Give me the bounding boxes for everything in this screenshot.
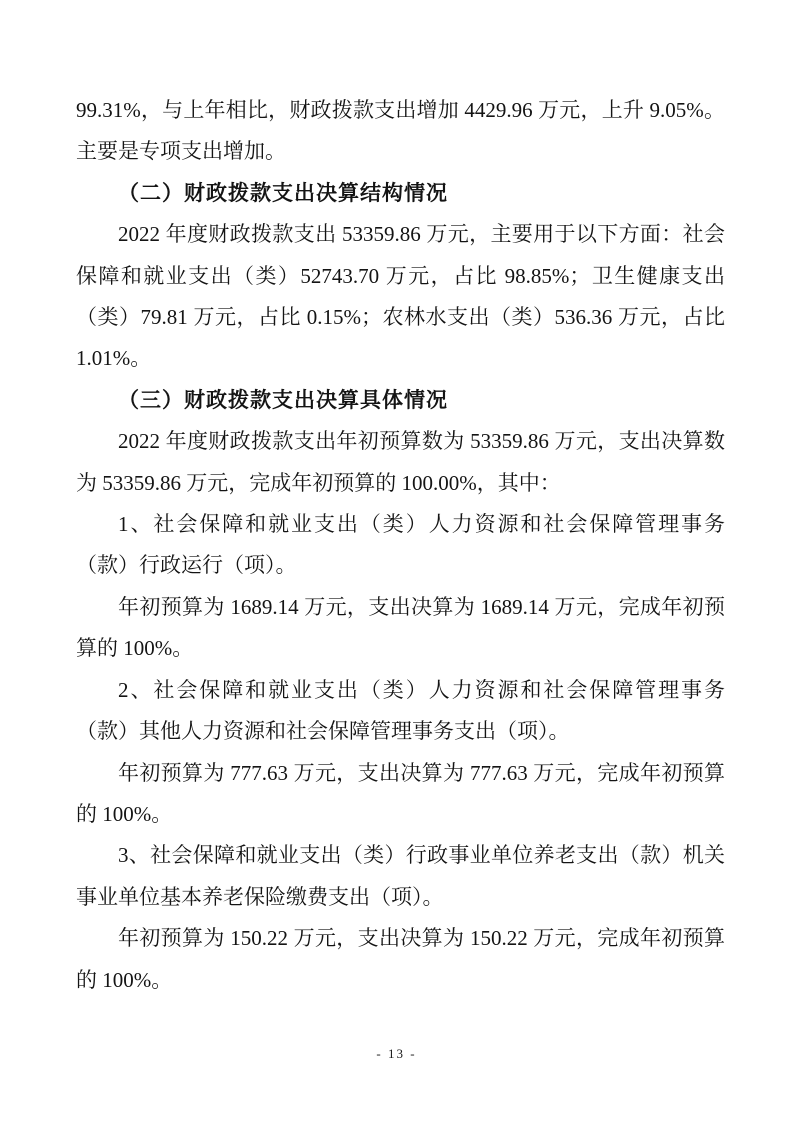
item-1-budget-paragraph: 年初预算为 1689.14 万元，支出决算为 1689.14 万元，完成年初预算… <box>76 587 725 670</box>
item-1-title-paragraph: 1、社会保障和就业支出（类）人力资源和社会保障管理事务（款）行政运行（项）。 <box>76 504 725 587</box>
item-3-budget-paragraph: 年初预算为 150.22 万元，支出决算为 150.22 万元，完成年初预算的 … <box>76 918 725 1001</box>
structure-detail-paragraph: 2022 年度财政拨款支出 53359.86 万元，主要用于以下方面：社会保障和… <box>76 214 725 380</box>
document-body: 99.31%，与上年相比，财政拨款支出增加 4429.96 万元，上升 9.05… <box>76 90 725 1001</box>
specific-overview-paragraph: 2022 年度财政拨款支出年初预算数为 53359.86 万元，支出决算数为 5… <box>76 421 725 504</box>
page-number: - 13 - <box>376 1046 416 1061</box>
page-footer: - 13 - <box>0 1047 793 1060</box>
item-3-title-paragraph: 3、社会保障和就业支出（类）行政事业单位养老支出（款）机关事业单位基本养老保险缴… <box>76 835 725 918</box>
document-page: 99.31%，与上年相比，财政拨款支出增加 4429.96 万元，上升 9.05… <box>0 0 793 1122</box>
continuation-paragraph: 99.31%，与上年相比，财政拨款支出增加 4429.96 万元，上升 9.05… <box>76 90 725 173</box>
section-heading-structure: （二）财政拨款支出决算结构情况 <box>76 173 725 214</box>
item-2-budget-paragraph: 年初预算为 777.63 万元，支出决算为 777.63 万元，完成年初预算的 … <box>76 753 725 836</box>
section-heading-specific: （三）财政拨款支出决算具体情况 <box>76 380 725 421</box>
item-2-title-paragraph: 2、社会保障和就业支出（类）人力资源和社会保障管理事务（款）其他人力资源和社会保… <box>76 670 725 753</box>
